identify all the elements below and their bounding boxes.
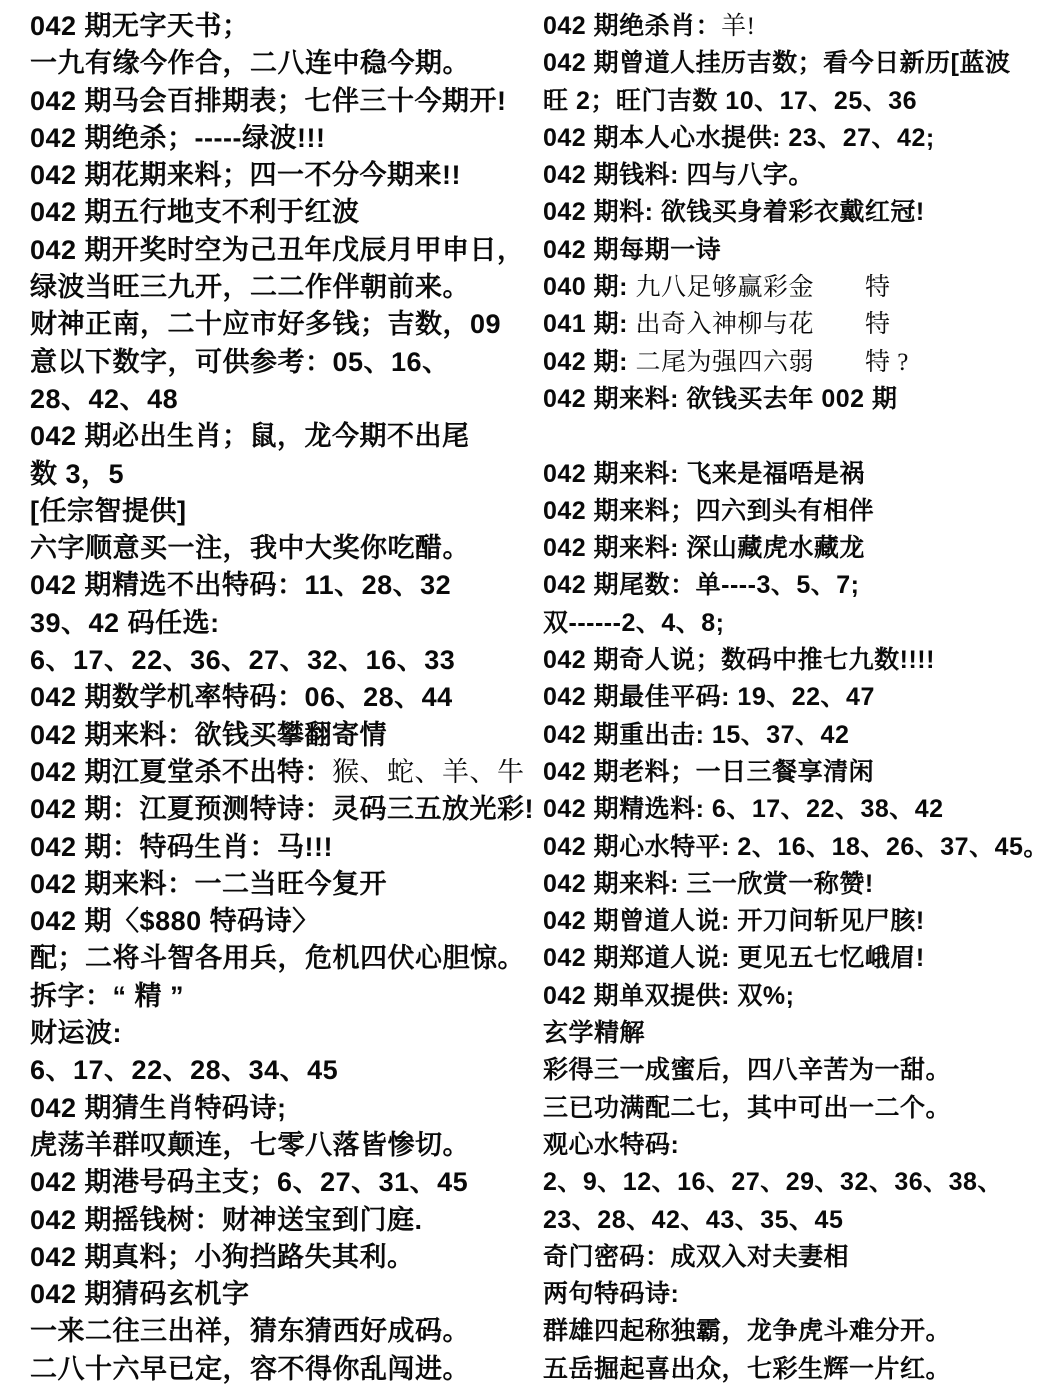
text-line: 042 期料: 欲钱买身着彩衣戴红冠!	[543, 194, 1041, 231]
text-line: 042 期奇人说；数码中推七九数!!!!	[543, 642, 1041, 679]
text-line: 042 期：特码生肖：马!!!	[30, 829, 535, 866]
text-line: 观心水特码:	[543, 1127, 1041, 1164]
label-text: 042 期江夏堂杀不出特：	[30, 757, 332, 787]
text-line: 042 期花期来料；四一不分今期来!!	[30, 157, 535, 194]
text-line: 拆字：“ 精 ”	[30, 978, 535, 1015]
text-line: 042 期曾道人说: 开刀问斩见尸胲!	[543, 903, 1041, 940]
text-line: 042 期郑道人说: 更见五七忆峨眉!	[543, 940, 1041, 977]
page: 042 期无字天书；一九有缘今作合，二八连中稳今期。042 期马会百排期表；七伴…	[0, 0, 1041, 1388]
text-line: 042 期心水特平: 2、16、18、26、37、45。	[543, 829, 1041, 866]
text-line: 042 期老料；一日三餐享清闲	[543, 754, 1041, 791]
text-line: 042 期精选不出特码：11、28、32	[30, 567, 535, 604]
poem-text: 羊!	[721, 13, 755, 40]
text-line: 042 期猜生肖特码诗;	[30, 1090, 535, 1127]
text-line: 042 期江夏堂杀不出特：猴、蛇、羊、牛	[30, 754, 535, 791]
text-line: 042 期〈$880 特码诗〉	[30, 903, 535, 940]
text-line: 双------2、4、8;	[543, 605, 1041, 642]
text-line: 奇门密码：成双入对夫妻相	[543, 1239, 1041, 1276]
text-line: 042 期重出击: 15、37、42	[543, 717, 1041, 754]
text-line: 三已功满配二七，其中可出一二个。	[543, 1090, 1041, 1127]
text-line: 042 期钱料: 四与八字。	[543, 157, 1041, 194]
text-line: 23、28、42、43、35、45	[543, 1202, 1041, 1239]
text-line: 2、9、12、16、27、29、32、36、38、	[543, 1164, 1041, 1201]
left-column: 042 期无字天书；一九有缘今作合，二八连中稳今期。042 期马会百排期表；七伴…	[30, 8, 535, 1388]
text-line: 五岳掘起喜出众，七彩生辉一片红。	[543, 1351, 1041, 1388]
poem-text: 二尾为强四六弱 特 ?	[635, 349, 908, 376]
text-line: 042 期摇钱树：财神送宝到门庭.	[30, 1202, 535, 1239]
text-line: 042 期来料: 欲钱买去年 002 期	[543, 381, 1041, 418]
text-line: 配；二将斗智各用兵，危机四伏心胆惊。	[30, 940, 535, 977]
text-line: 042 期单双提供: 双%;	[543, 978, 1041, 1015]
text-line: 042 期来料: 飞来是福唔是祸	[543, 456, 1041, 493]
text-line: 042 期数学机率特码：06、28、44	[30, 679, 535, 716]
label-text: 040 期:	[543, 273, 635, 301]
text-line: 042 期真料；小狗挡路失其利。	[30, 1239, 535, 1276]
text-line: 28、42、48	[30, 381, 535, 418]
text-line: 两句特码诗:	[543, 1276, 1041, 1313]
text-line: 042 期开奖时空为己丑年戊辰月甲申日，	[30, 232, 535, 269]
text-line: 042 期绝杀肖：羊!	[543, 8, 1041, 45]
text-line: 六字顺意买一注，我中大奖你吃醋。	[30, 530, 535, 567]
text-line: 旺 2；旺门吉数 10、17、25、36	[543, 83, 1041, 120]
text-line: 042 期: 二尾为强四六弱 特 ?	[543, 344, 1041, 381]
text-line: 042 期猜码玄机字	[30, 1276, 535, 1313]
text-line: 042 期来料: 三一欣赏一称赞!	[543, 866, 1041, 903]
text-line: 042 期无字天书；	[30, 8, 535, 45]
text-line: 042 期五行地支不利于红波	[30, 194, 535, 231]
text-line: 042 期本人心水提供: 23、27、42;	[543, 120, 1041, 157]
text-line: 042 期马会百排期表；七伴三十今期开!	[30, 83, 535, 120]
poem-text: 出奇入神柳与花 特	[635, 311, 890, 338]
text-line: 6、17、22、28、34、45	[30, 1052, 535, 1089]
text-line: 042 期精选料: 6、17、22、38、42	[543, 791, 1041, 828]
label-text: 042 期绝杀肖：	[543, 12, 721, 40]
text-line: 042 期来料；四六到头有相伴	[543, 493, 1041, 530]
text-line: 042 期来料: 深山藏虎水藏龙	[543, 530, 1041, 567]
text-line: 042 期来料：一二当旺今复开	[30, 866, 535, 903]
text-line: [任宗智提供]	[30, 493, 535, 530]
poem-text: 九八足够赢彩金 特	[635, 274, 890, 301]
text-line: 041 期: 出奇入神柳与花 特	[543, 306, 1041, 343]
text-line: 一九有缘今作合，二八连中稳今期。	[30, 45, 535, 82]
text-line: 绿波当旺三九开，二二作伴朝前来。	[30, 269, 535, 306]
text-line: 042 期来料：欲钱买攀翻寄情	[30, 717, 535, 754]
text-line: 一来二往三出祥，猜东猜西好成码。	[30, 1313, 535, 1350]
text-line: 39、42 码任选:	[30, 605, 535, 642]
text-line: 040 期: 九八足够赢彩金 特	[543, 269, 1041, 306]
text-line: 042 期必出生肖；鼠，龙今期不出尾	[30, 418, 535, 455]
text-line: 彩得三一成蜜后，四八辛苦为一甜。	[543, 1052, 1041, 1089]
text-line: 财神正南，二十应市好多钱；吉数，09	[30, 306, 535, 343]
text-line: 数 3，5	[30, 456, 535, 493]
text-line: 042 期最佳平码: 19、22、47	[543, 679, 1041, 716]
label-text: 042 期:	[543, 348, 635, 376]
text-line: 042 期港号码主支；6、27、31、45	[30, 1164, 535, 1201]
text-line: 6、17、22、36、27、32、16、33	[30, 642, 535, 679]
text-line: 意以下数字，可供参考：05、16、	[30, 344, 535, 381]
poem-text: 猴、蛇、羊、牛	[332, 757, 525, 787]
text-line: 虎荡羊群叹颠连，七零八落皆惨切。	[30, 1127, 535, 1164]
text-line: 042 期绝杀；-----绿波!!!	[30, 120, 535, 157]
right-column: 042 期绝杀肖：羊!042 期曾道人挂历吉数；看今日新历[蓝波旺 2；旺门吉数…	[543, 8, 1041, 1388]
text-line: 玄学精解	[543, 1015, 1041, 1052]
text-line: 042 期：江夏预测特诗：灵码三五放光彩!	[30, 791, 535, 828]
blank-line	[543, 418, 1041, 455]
label-text: 041 期:	[543, 310, 635, 338]
text-line: 二八十六早已定，容不得你乱闯进。	[30, 1351, 535, 1388]
text-line: 042 期尾数：单----3、5、7;	[543, 567, 1041, 604]
text-line: 财运波:	[30, 1015, 535, 1052]
text-line: 042 期每期一诗	[543, 232, 1041, 269]
text-line: 042 期曾道人挂历吉数；看今日新历[蓝波	[543, 45, 1041, 82]
text-line: 群雄四起称独霸，龙争虎斗难分开。	[543, 1313, 1041, 1350]
